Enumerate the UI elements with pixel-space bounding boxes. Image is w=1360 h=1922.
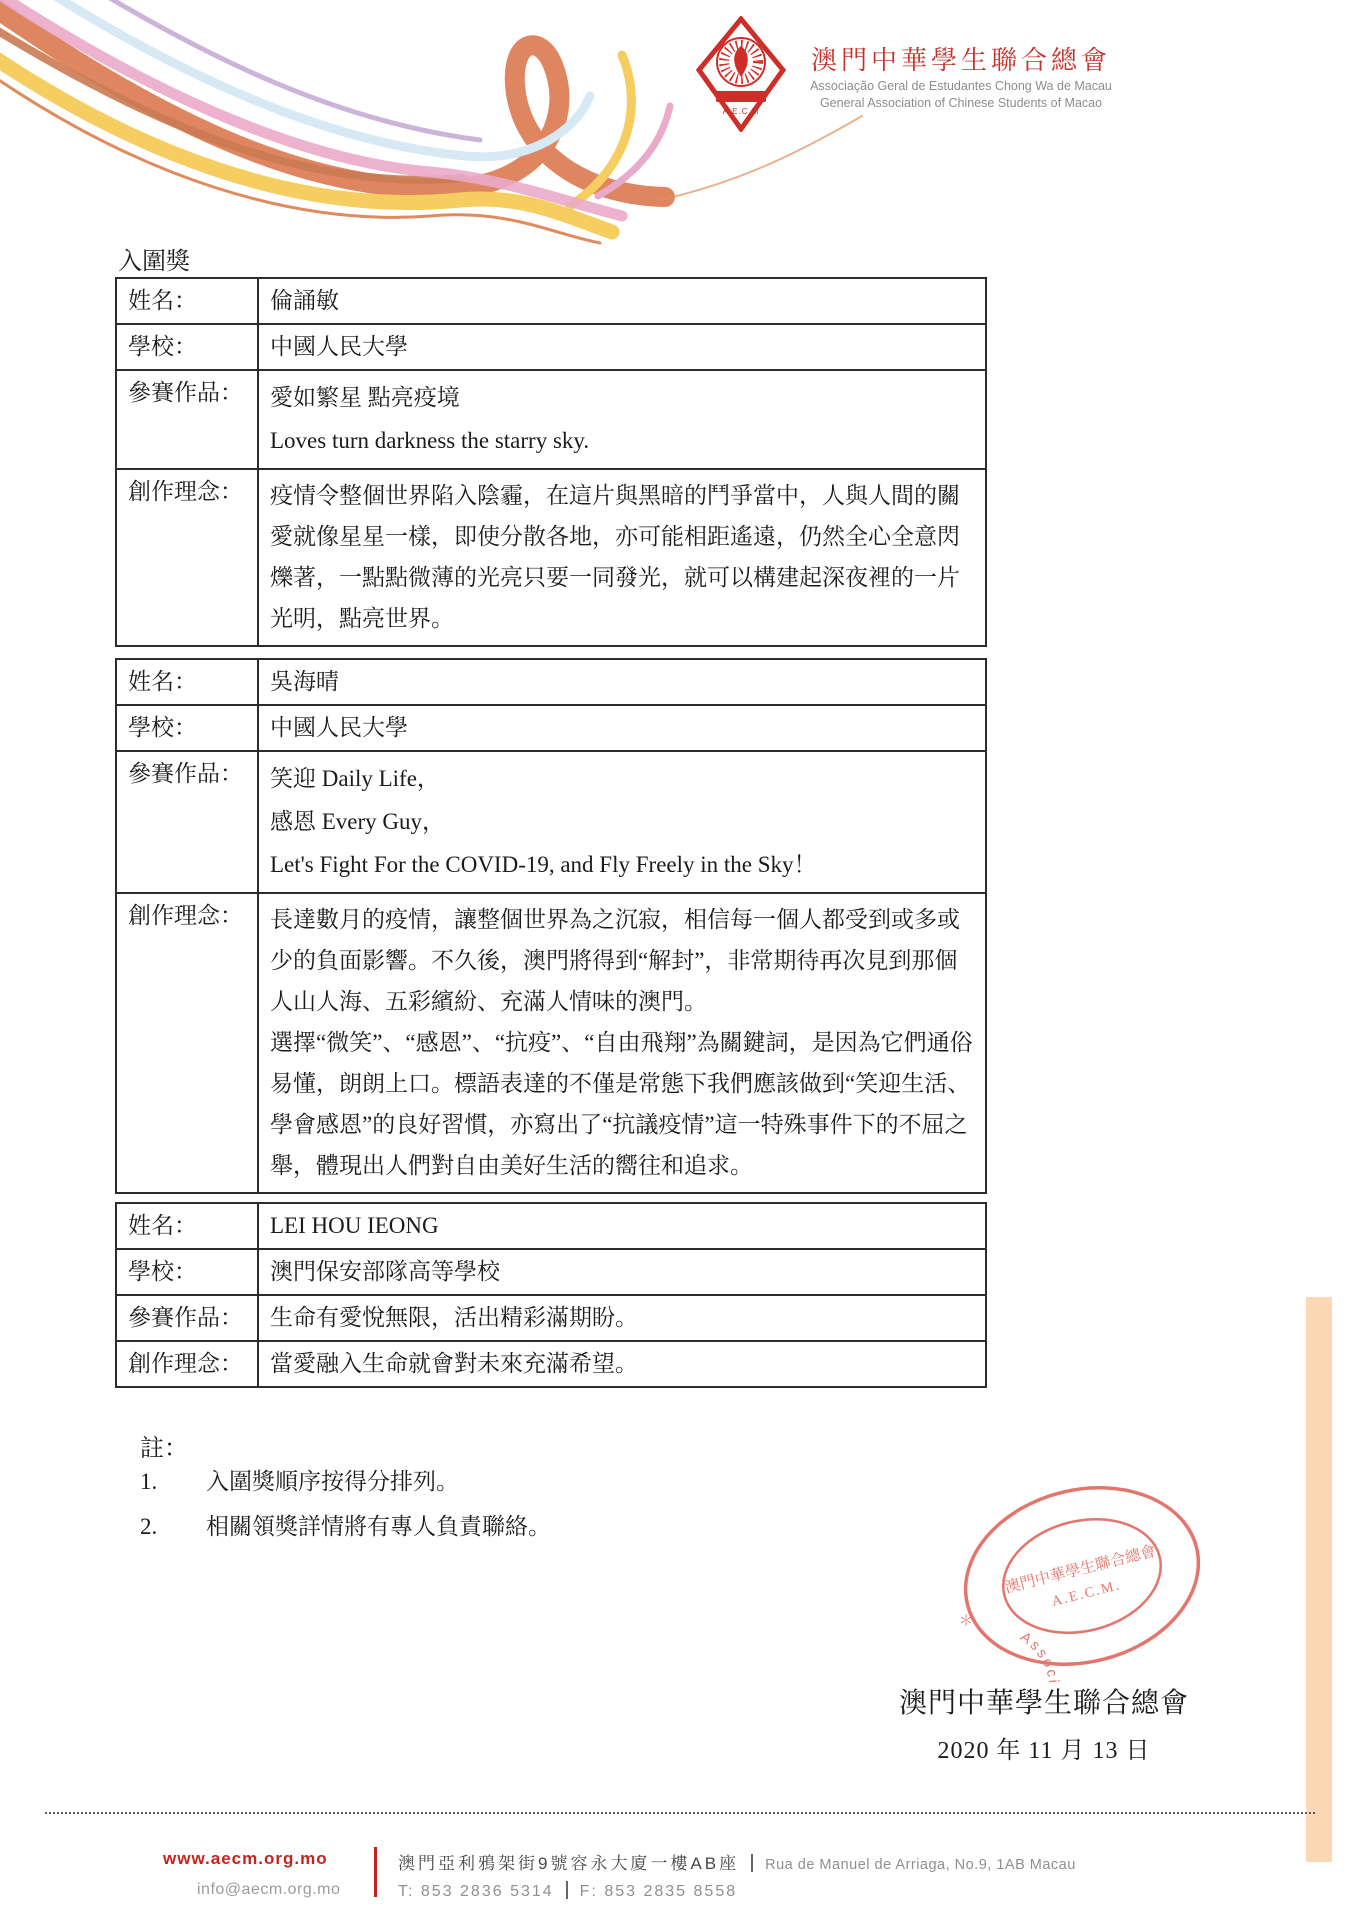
footer-tel: T: 853 2836 5314 [398, 1883, 554, 1900]
footer-address: 澳門亞利鴉架街9號容永大廈一樓AB座Rua de Manuel de Arria… [398, 1849, 1076, 1874]
page-edge-accent-bar [1306, 1297, 1332, 1862]
table-row-name: 姓名： 倫誦敏 [116, 278, 986, 324]
field-value-school: 中國人民大學 [258, 324, 986, 370]
field-label-concept: 創作理念： [116, 1341, 258, 1387]
table-row-concept: 創作理念： 疫情令整個世界陷入陰霾，在這片與黑暗的鬥爭當中，人與人間的關愛就像星… [116, 469, 986, 646]
footer-address-zh: 澳門亞利鴉架街9號容永大廈一樓AB座 [398, 1854, 739, 1873]
field-label-school: 學校： [116, 324, 258, 370]
field-label-school: 學校： [116, 705, 258, 751]
entry-line: 感恩 Every Guy， [270, 800, 974, 843]
field-value-concept: 疫情令整個世界陷入陰霾，在這片與黑暗的鬥爭當中，人與人間的關愛就像星星一樣，即使… [258, 469, 986, 646]
org-name-en: General Association of Chinese Students … [793, 96, 1129, 110]
table-row-concept: 創作理念： 當愛融入生命就會對未來充滿希望。 [116, 1341, 986, 1387]
entry-table-1: 姓名： 倫誦敏 學校： 中國人民大學 參賽作品： 愛如繁星 點亮疫境 Loves… [115, 277, 987, 647]
entry-line: Let's Fight For the COVID-19, and Fly Fr… [270, 843, 974, 886]
note-text: 相關領獎詳情將有專人負責聯絡。 [206, 1514, 551, 1539]
logo-banner [716, 91, 766, 102]
table-row-school: 學校： 中國人民大學 [116, 705, 986, 751]
aecm-logo: A.E.C.M [696, 16, 786, 137]
entry-line: 笑迎 Daily Life， [270, 757, 974, 800]
logo-acronym-text: A.E.C.M [723, 107, 760, 116]
table-row-school: 學校： 中國人民大學 [116, 324, 986, 370]
field-label-entry: 參賽作品： [116, 1295, 258, 1341]
field-value-concept: 長達數月的疫情，讓整個世界為之沉寂，相信每一個人都受到或多或少的負面影響。不久後… [258, 893, 986, 1193]
concept-paragraph: 疫情令整個世界陷入陰霾，在這片與黑暗的鬥爭當中，人與人間的關愛就像星星一樣，即使… [270, 475, 974, 639]
field-value-entry: 笑迎 Daily Life， 感恩 Every Guy， Let's Fight… [258, 751, 986, 893]
footer-fax: F: 853 2835 8558 [580, 1883, 737, 1900]
entry-table-3: 姓名： LEI HOU IEONG 學校： 澳門保安部隊高等學校 參賽作品： 生… [115, 1202, 987, 1388]
footer-phone: T: 853 2836 5314F: 853 2835 8558 [398, 1881, 737, 1901]
table-row-entry: 參賽作品： 愛如繁星 點亮疫境 Loves turn darkness the … [116, 370, 986, 469]
field-value-name: 吳海晴 [258, 659, 986, 705]
field-value-entry: 生命有愛悅無限，活出精彩滿期盼。 [258, 1295, 986, 1341]
signature-org: 澳門中華學生聯合總會 [893, 1681, 1195, 1721]
note-item: 1.入圍獎順序按得分排列。 [140, 1463, 459, 1496]
official-stamp: Associação Geral de Estudantes Chong Wa … [950, 1474, 1215, 1684]
table-row-entry: 參賽作品： 生命有愛悅無限，活出精彩滿期盼。 [116, 1295, 986, 1341]
field-label-name: 姓名： [116, 659, 258, 705]
footer-website-link[interactable]: www.aecm.org.mo [163, 1849, 328, 1869]
org-name-pt: Associação Geral de Estudantes Chong Wa … [793, 79, 1129, 93]
field-value-name: LEI HOU IEONG [258, 1203, 986, 1249]
entry-line: 愛如繁星 點亮疫境 [270, 376, 974, 419]
notes-heading: 註： [140, 1428, 188, 1463]
table-row-school: 學校： 澳門保安部隊高等學校 [116, 1249, 986, 1295]
table-row-entry: 參賽作品： 笑迎 Daily Life， 感恩 Every Guy， Let's… [116, 751, 986, 893]
table-row-concept: 創作理念： 長達數月的疫情，讓整個世界為之沉寂，相信每一個人都受到或多或少的負面… [116, 893, 986, 1193]
page-title: 入圍獎 [118, 241, 190, 276]
field-label-name: 姓名： [116, 278, 258, 324]
signature-block: 澳門中華學生聯合總會 2020 年 11 月 13 日 [893, 1681, 1195, 1765]
footer-email-link[interactable]: info@aecm.org.mo [197, 1881, 340, 1899]
table-row-name: 姓名： 吳海晴 [116, 659, 986, 705]
footer-separator [751, 1854, 753, 1872]
field-label-entry: 參賽作品： [116, 751, 258, 893]
field-label-concept: 創作理念： [116, 893, 258, 1193]
field-value-concept: 當愛融入生命就會對未來充滿希望。 [258, 1341, 986, 1387]
footer-divider [45, 1812, 1315, 1814]
field-value-school: 中國人民大學 [258, 705, 986, 751]
field-label-school: 學校： [116, 1249, 258, 1295]
concept-paragraph: 選擇“微笑”、“感恩”、“抗疫”、“自由飛翔”為關鍵詞，是因為它們通俗易懂，朗朗… [270, 1022, 974, 1186]
concept-paragraph: 長達數月的疫情，讓整個世界為之沉寂，相信每一個人都受到或多或少的負面影響。不久後… [270, 899, 974, 1022]
field-value-entry: 愛如繁星 點亮疫境 Loves turn darkness the starry… [258, 370, 986, 469]
field-label-name: 姓名： [116, 1203, 258, 1249]
footer-separator [566, 1881, 568, 1899]
footer-red-divider [374, 1847, 377, 1897]
note-number: 1. [140, 1469, 206, 1495]
note-item: 2.相關領獎詳情將有專人負責聯絡。 [140, 1508, 551, 1541]
org-name-zh: 澳門中華學生聯合總會 [793, 40, 1129, 77]
note-text: 入圍獎順序按得分排列。 [206, 1469, 459, 1494]
field-value-school: 澳門保安部隊高等學校 [258, 1249, 986, 1295]
table-row-name: 姓名： LEI HOU IEONG [116, 1203, 986, 1249]
document-page: A.E.C.M 澳門中華學生聯合總會 Associação Geral de E… [0, 0, 1360, 1922]
note-number: 2. [140, 1514, 206, 1540]
field-value-name: 倫誦敏 [258, 278, 986, 324]
field-label-entry: 參賽作品： [116, 370, 258, 469]
signature-date: 2020 年 11 月 13 日 [893, 1730, 1195, 1765]
footer-address-en: Rua de Manuel de Arriaga, No.9, 1AB Maca… [765, 1857, 1076, 1873]
entry-line: Loves turn darkness the starry sky. [270, 419, 974, 462]
entry-table-2: 姓名： 吳海晴 學校： 中國人民大學 參賽作品： 笑迎 Daily Life， … [115, 658, 987, 1194]
field-label-concept: 創作理念： [116, 469, 258, 646]
